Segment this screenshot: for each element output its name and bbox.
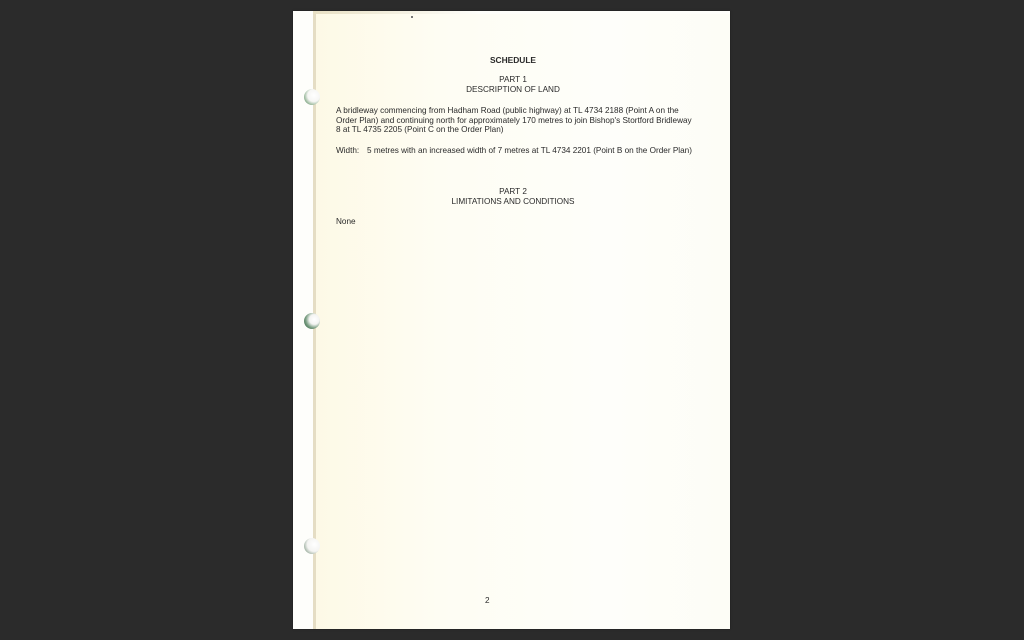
part1-label: PART 1	[336, 75, 690, 85]
land-description: A bridleway commencing from Hadham Road …	[336, 106, 696, 135]
scanned-sheet	[313, 11, 730, 629]
width-row: Width: 5 metres with an increased width …	[336, 146, 696, 156]
width-label: Width:	[336, 146, 367, 156]
sheet-top-edge	[313, 11, 730, 14]
punch-hole-icon	[304, 313, 320, 329]
punch-hole-icon	[304, 89, 320, 105]
width-value: 5 metres with an increased width of 7 me…	[367, 146, 696, 156]
part2-label: PART 2	[336, 187, 690, 197]
document-page: SCHEDULE PART 1 DESCRIPTION OF LAND A br…	[293, 11, 730, 629]
page-number: 2	[485, 596, 490, 606]
part2-title: LIMITATIONS AND CONDITIONS	[336, 197, 690, 207]
schedule-heading: SCHEDULE	[336, 56, 690, 66]
limitations-text: None	[336, 217, 356, 227]
punch-hole-icon	[304, 538, 320, 554]
scan-mark	[411, 16, 413, 18]
part1-title: DESCRIPTION OF LAND	[336, 85, 690, 95]
